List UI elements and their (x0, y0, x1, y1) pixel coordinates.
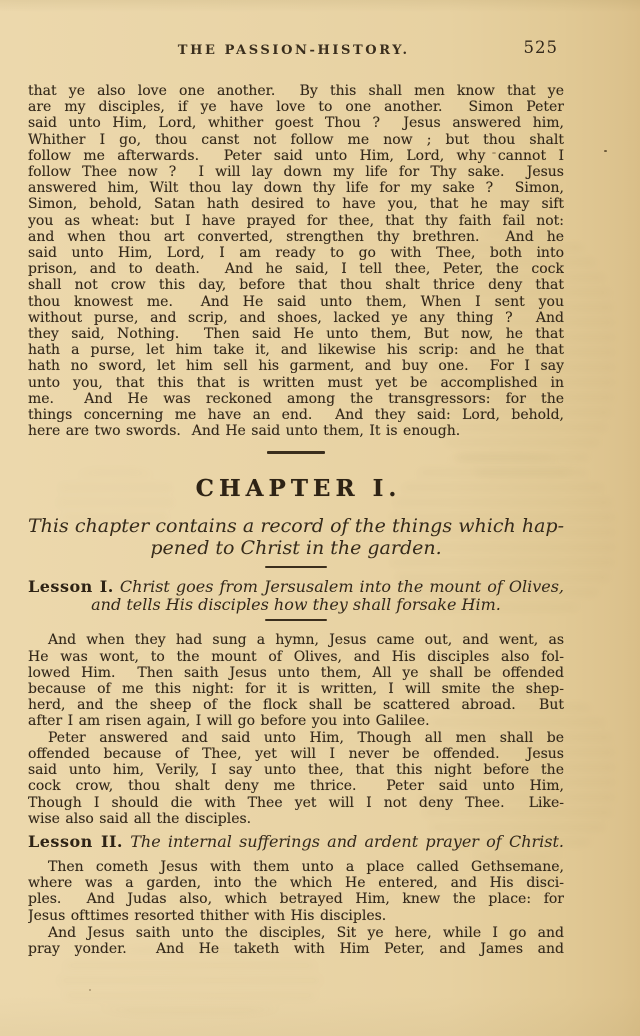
text-column: THE PASSION-HISTORY. 525 that ye also lo… (28, 0, 564, 957)
text-line: me. And He was reckoned among the transg… (28, 391, 564, 407)
text-line: Then cometh Jesus with them unto a place… (28, 859, 564, 875)
chapter-description: This chapter contains a record of the th… (28, 515, 564, 559)
lesson2-paragraph-2: And Jesus saith unto the disciples, Sit … (28, 925, 564, 957)
text-line: pray yonder. And He taketh with Him Pete… (28, 941, 564, 957)
text-line: herd, and the sheep of the flock shall b… (28, 697, 564, 713)
text-line: answered him, Wilt thou lay down thy lif… (28, 180, 564, 196)
page-stain (60, 948, 320, 1014)
text-line: cock crow, thou shalt deny me thrice. Pe… (28, 778, 564, 794)
text-line: things concerning me have an end. And th… (28, 407, 564, 423)
text-line: hath no sword, let him sell his garment,… (28, 358, 564, 374)
lesson1-title-line2: and tells His disciples how they shall f… (28, 596, 564, 614)
text-line: where was a garden, into the which He en… (28, 875, 564, 891)
book-page-scan: THE PASSION-HISTORY. 525 that ye also lo… (0, 0, 640, 1036)
text-line: Whither I go, thou canst not follow me n… (28, 132, 564, 148)
chapter-heading: CHAPTER I. (28, 476, 564, 502)
text-line: they said, Nothing. Then said He unto th… (28, 326, 564, 342)
text-line: And Jesus saith unto the disciples, Sit … (28, 925, 564, 941)
text-line: that ye also love one another. By this s… (28, 83, 564, 99)
page-header-title: THE PASSION-HISTORY. (178, 42, 410, 60)
text-line: offended because of Thee, yet will I nev… (28, 746, 564, 762)
lesson1-title-line1: Christ goes from Jersusalem into the mou… (120, 577, 564, 596)
running-header: THE PASSION-HISTORY. 525 (28, 42, 564, 60)
paragraph-continued: that ye also love one another. By this s… (28, 83, 564, 439)
text-line: thou knowest me. And He said unto them, … (28, 294, 564, 310)
section-divider (267, 451, 325, 454)
text-line: said unto Him, Lord, I am ready to go wi… (28, 245, 564, 261)
text-line: Though I should die with Thee yet will I… (28, 795, 564, 811)
text-line: after I am risen again, I will go before… (28, 713, 564, 729)
ink-speck (89, 989, 91, 991)
chapter-description-line: This chapter contains a record of the th… (28, 515, 564, 537)
lesson1-paragraph-1: And when they had sung a hymn, Jesus cam… (28, 632, 564, 729)
text-line: And when they had sung a hymn, Jesus cam… (28, 632, 564, 648)
text-line: ples. And Judas also, which betrayed Him… (28, 891, 564, 907)
lesson1-paragraph-2: Peter answered and said unto Him, Though… (28, 730, 564, 827)
text-line: said unto Him, Lord, whither goest Thou … (28, 115, 564, 131)
lesson2-heading: Lesson II. The internal sufferings and a… (28, 833, 564, 851)
ink-speck (604, 150, 607, 152)
section-divider (265, 566, 327, 568)
text-line: because of me this night: for it is writ… (28, 681, 564, 697)
lesson1-heading-line1: Lesson I. Christ goes from Jersusalem in… (28, 578, 564, 596)
text-line: lowed Him. Then saith Jesus unto them, A… (28, 665, 564, 681)
lesson1-heading: Lesson I. Christ goes from Jersusalem in… (28, 578, 564, 613)
text-line: Peter answered and said unto Him, Though… (28, 730, 564, 746)
text-line: and when thou art converted, strengthen … (28, 229, 564, 245)
text-line: shall not crow this day, before that tho… (28, 277, 564, 293)
text-line: you as wheat: but I have prayed for thee… (28, 213, 564, 229)
text-line: are my disciples, if ye have love to one… (28, 99, 564, 115)
text-line: Simon, behold, Satan hath desired to hav… (28, 196, 564, 212)
chapter-description-line: pened to Christ in the garden. (28, 537, 564, 559)
text-line: prison, and to death. And he said, I tel… (28, 261, 564, 277)
page-number: 525 (524, 39, 559, 57)
section-divider (265, 619, 327, 621)
lesson2-title: The internal sufferings and ardent praye… (130, 832, 564, 851)
text-line: follow Thee now ? I will lay down my lif… (28, 164, 564, 180)
lesson2-label: Lesson II. (28, 832, 123, 851)
text-line: said unto him, Verily, I say unto thee, … (28, 762, 564, 778)
text-line: without purse, and scrip, and shoes, lac… (28, 310, 564, 326)
text-line: unto you, that this that is written must… (28, 375, 564, 391)
lesson1-label: Lesson I. (28, 577, 114, 596)
text-line: Jesus ofttimes resorted thither with His… (28, 908, 564, 924)
text-line: wise also said all the disciples. (28, 811, 564, 827)
text-line: hath a purse, let him take it, and likew… (28, 342, 564, 358)
text-line: here are two swords. And He said unto th… (28, 423, 564, 439)
text-line: follow me afterwards. Peter said unto Hi… (28, 148, 564, 164)
text-line: He was wont, to the mount of Olives, and… (28, 649, 564, 665)
lesson2-paragraph-1: Then cometh Jesus with them unto a place… (28, 859, 564, 924)
